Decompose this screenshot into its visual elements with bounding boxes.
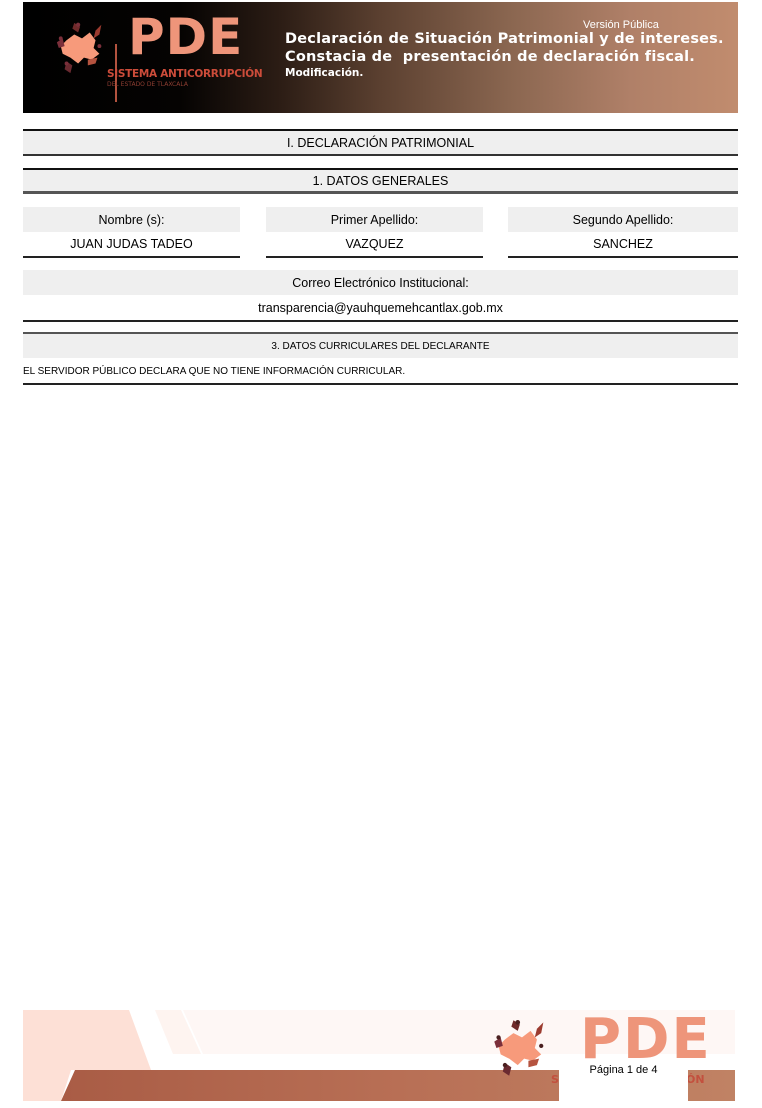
logo-subtitle-small: DEL ESTADO DE TLAXCALA [107,81,188,88]
field-label: Nombre (s): [23,207,240,232]
curricular-note: EL SERVIDOR PÚBLICO DECLARA QUE NO TIENE… [23,359,738,385]
declaration-type: Modificación. [285,67,363,79]
field-label: Segundo Apellido: [508,207,738,232]
document-subtitle: Constacia de presentación de declaración… [285,49,695,65]
logo-subtitle: SISTEMA ANTICORRUPCIÓN [107,68,262,80]
field-first-name: Nombre (s): JUAN JUDAS TADEO [23,207,240,258]
field-value: JUAN JUDAS TADEO [23,232,240,258]
document-footer: PDE S CIÓN Página 1 de 4 [23,1010,735,1101]
field-label: Primer Apellido: [266,207,483,232]
logo-acronym: PDE [128,12,243,62]
field-value: SANCHEZ [508,232,738,258]
field-label: Correo Electrónico Institucional: [23,270,738,295]
footer-logo-acronym: PDE [580,1012,712,1068]
section-heading-patrimonial: I. DECLARACIÓN PATRIMONIAL [23,129,738,156]
field-value: VAZQUEZ [266,232,483,258]
field-first-surname: Primer Apellido: VAZQUEZ [266,207,483,258]
field-institutional-email: Correo Electrónico Institucional: transp… [23,270,738,322]
field-second-surname: Segundo Apellido: SANCHEZ [508,207,738,258]
tlaxcala-map-logo-icon [53,18,111,78]
document-header: PDE SISTEMA ANTICORRUPCIÓN DEL ESTADO DE… [23,2,738,113]
section-heading-curricular: 3. DATOS CURRICULARES DEL DECLARANTE [23,332,738,358]
pde-logo: PDE SISTEMA ANTICORRUPCIÓN DEL ESTADO DE… [53,16,243,96]
page-number: Página 1 de 4 [559,1062,688,1101]
version-label: Versión Pública [583,19,659,31]
field-value: transparencia@yauhquemehcantlax.gob.mx [23,295,738,322]
tlaxcala-map-logo-icon [490,1016,554,1080]
section-heading-general-data: 1. DATOS GENERALES [23,168,738,194]
document-title: Declaración de Situación Patrimonial y d… [285,31,724,47]
